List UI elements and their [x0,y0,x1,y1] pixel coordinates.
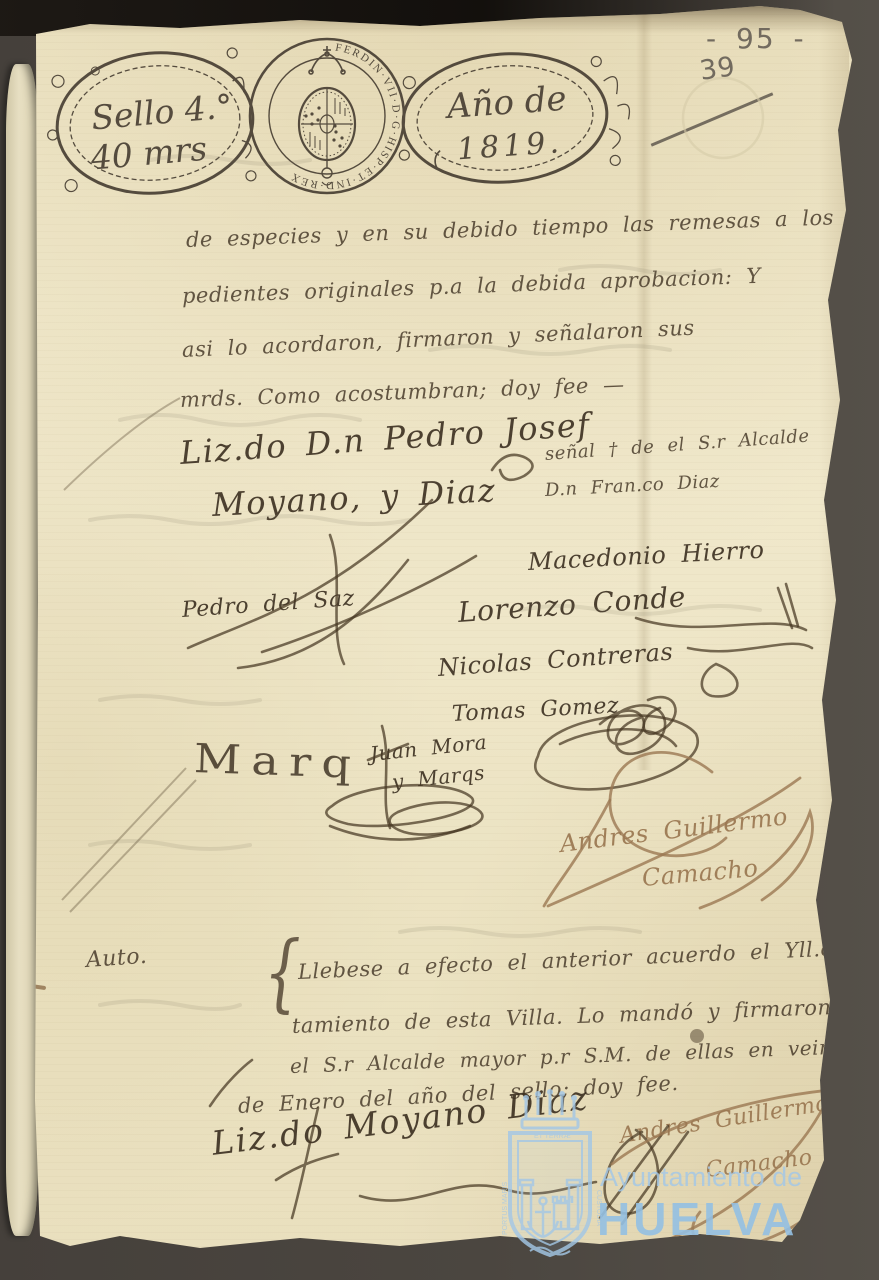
royal-coat-of-arms-stamp: FERDIN·VII·D·G·HISP·ET·IND·REX [250,39,404,193]
signature-marques-mark: Marq [193,736,362,788]
auto-line-3: el S.r Alcalde mayor p.r S.M. de ellas e… [290,1032,879,1078]
golden-fleece-pendant-icon [322,168,332,178]
watermark-line2: HUELVA [597,1192,797,1246]
year-1819-stamp: Año de 1819. [393,45,634,189]
sello-40mrs-stamp: Sello 4.° 40 mrs [41,45,258,202]
auto-line-1: Llebese a efecto el anterior acuerdo el … [297,934,879,984]
year-line2: 1819. [456,125,564,167]
tax-stamps-row: Sello 4.° 40 mrs FERDIN·VII·D·G·HISP·ET·… [40,28,640,208]
right-edge-shading [819,0,849,1280]
opening-bracket: { [264,923,301,1022]
svg-text:FERDIN·VII·D·G·HISP·ET·IND·REX: FERDIN·VII·D·G·HISP·ET·IND·REX [288,42,402,192]
royal-stamp-inscription: FERDIN·VII·D·G·HISP·ET·IND·REX [288,42,402,192]
royal-shield-icon [299,88,355,185]
margin-note-auto: Auto. [85,944,148,973]
signature-juan-mora-line1: Juan Mora [369,730,488,766]
embossed-dry-seal [683,78,763,158]
closing-signature-camacho-line1: Andres Guillermo [618,1091,831,1149]
royal-crown-icon [309,46,345,74]
year-line1: Año de [443,79,568,127]
folio-slash-mark [651,92,774,146]
folio-number-pencil: - 95 - [706,22,806,55]
crest-waves-icon [530,1248,570,1255]
signature-moyano-line2: Moyano, y Diaz [211,471,497,524]
signature-lorenzo-conde: Lorenzo Conde [457,580,687,629]
body-line-1: de especies y en su debido tiempo las re… [186,204,874,252]
underlying-page-edge [6,64,38,1236]
auto-line-2: tamiento de esta Villa. Lo mandó y firma… [292,995,832,1038]
sello-line2: 40 mrs [88,129,208,178]
folio-number-ink: 39 [698,51,737,87]
body-line-4: mrds. Como acostumbran; doy fee — [180,372,625,412]
signature-tomas-gomez: Tomas Gomez [451,693,619,727]
signature-camacho-line2: Camacho [641,854,760,892]
manuscript-page: Sello 4.° 40 mrs FERDIN·VII·D·G·HISP·ET·… [0,0,879,1280]
signature-juan-mora-line2: y Marqs [391,760,486,794]
signature-moyano-line1: Liz.do D.n Pedro Josef [179,405,592,472]
photograph-of-manuscript: Sello 4.° 40 mrs FERDIN·VII·D·G·HISP·ET·… [0,0,879,1280]
alcalde-note-line2: D.n Fran.co Diaz [544,471,720,501]
sello-line1: Sello 4.° [90,86,234,137]
body-line-3: asi lo acordaron, firmaron y señalaron s… [181,316,695,362]
signature-camacho-line1: Andres Guillermo [558,802,789,858]
signature-pedro-del-saz: Pedro del Saz [181,586,355,623]
watermark-line1: Ayuntamiento de [600,1162,802,1193]
body-line-2: pedientes originales p.a la debida aprob… [182,264,762,308]
